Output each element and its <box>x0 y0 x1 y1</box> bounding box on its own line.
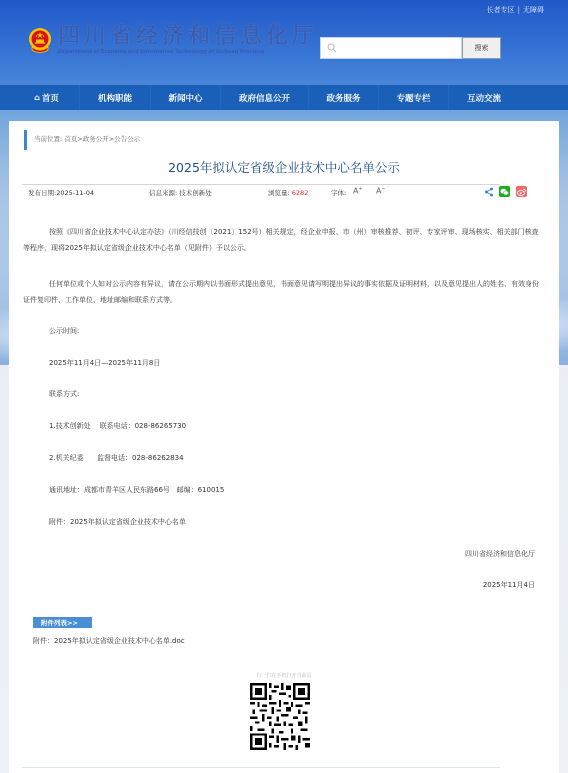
font-size-label: 字体: <box>331 188 346 197</box>
breadcrumb[interactable]: 当前位置: 首页>政务公开>公告公示 <box>34 134 140 143</box>
search-input[interactable] <box>320 37 462 59</box>
site-logo[interactable]: 四川省经济和信息化厅 Department of Economy and Inf… <box>28 26 318 55</box>
period-label: 公示时间: <box>49 326 79 336</box>
source-value: 技术创新处 <box>179 189 212 197</box>
font-increase-button[interactable]: A+ <box>353 186 363 196</box>
main-nav: ⌂首页 机构职能 新闻中心 政府信息公开 政务服务 专题专栏 互动交流 <box>0 85 568 110</box>
attachment-note: 附件：2025年拟认定省级企业技术中心名单 <box>49 517 186 527</box>
search-bar: 搜索 <box>320 37 501 59</box>
paragraph-1: 按照《四川省企业技术中心认定办法》（川经信技创〔2021〕152号）相关规定，经… <box>23 225 539 256</box>
qr-caption: 扫一扫在手机打开当前页 <box>9 672 559 679</box>
nav-item-home[interactable]: ⌂首页 <box>14 85 80 110</box>
top-links: 长者专区|无障碍 <box>487 5 544 15</box>
signature: 四川省经济和信息化厅 <box>465 549 535 559</box>
accessibility-link[interactable]: 无障碍 <box>523 6 544 14</box>
address: 通讯地址：成都市青羊区人民东路66号 邮编：610015 <box>49 485 224 495</box>
wechat-icon[interactable] <box>499 186 510 197</box>
divider <box>22 184 500 185</box>
site-name-cn: 四川省经济和信息化厅 <box>58 26 318 48</box>
national-emblem-icon <box>28 27 52 55</box>
breadcrumb-marker <box>24 130 27 150</box>
nav-label: 首页 <box>42 92 59 104</box>
paragraph-2: 任何单位或个人如对公示内容有异议，请在公示期内以书面形式提出意见，书面意见请写明… <box>23 277 539 308</box>
separator: | <box>518 6 520 14</box>
contact-2: 2.机关纪委 监督电话：028-86262834 <box>49 453 184 463</box>
divider <box>22 767 500 768</box>
font-decrease-button[interactable]: A− <box>376 186 386 196</box>
nav-item-news[interactable]: 新闻中心 <box>151 85 221 110</box>
views-value: 6282 <box>292 189 309 197</box>
nav-item-services[interactable]: 政务服务 <box>309 85 379 110</box>
source-label: 信息来源: <box>149 189 177 197</box>
elder-zone-link[interactable]: 长者专区 <box>487 6 515 14</box>
qr-code <box>250 683 310 750</box>
info-source: 信息来源: 技术创新处 <box>149 188 212 197</box>
nav-item-gov-info[interactable]: 政府信息公开 <box>221 85 309 110</box>
search-button[interactable]: 搜索 <box>462 37 501 59</box>
share-icon[interactable] <box>483 186 494 197</box>
page-title: 2025年拟认定省级企业技术中心名单公示 <box>9 158 559 176</box>
nav-item-interaction[interactable]: 互动交流 <box>449 85 519 110</box>
attachment-list-tab[interactable]: 附件列表>> <box>33 617 92 628</box>
site-name-en: Department of Economy and Information Te… <box>58 49 318 55</box>
search-icon <box>327 43 337 53</box>
home-icon: ⌂ <box>34 93 40 102</box>
nav-item-topics[interactable]: 专题专栏 <box>379 85 449 110</box>
attachment-file-link[interactable]: 附件：2025年拟认定省级企业技术中心名单.doc <box>33 636 185 646</box>
view-count: 浏览量: 6282 <box>268 188 308 197</box>
content-panel: 当前位置: 首页>政务公开>公告公示 2025年拟认定省级企业技术中心名单公示 … <box>9 121 559 773</box>
period-value: 2025年11月4日—2025年11月8日 <box>49 358 160 368</box>
nav-item-organization[interactable]: 机构职能 <box>80 85 151 110</box>
publish-date: 发布日期:2025-11-04 <box>28 188 94 197</box>
contact-label: 联系方式: <box>49 389 79 399</box>
sign-date: 2025年11月4日 <box>483 580 535 590</box>
contact-1: 1.技术创新处 联系电话：028-86265730 <box>49 421 186 431</box>
weibo-icon[interactable] <box>516 186 527 197</box>
views-label: 浏览量: <box>268 189 290 197</box>
